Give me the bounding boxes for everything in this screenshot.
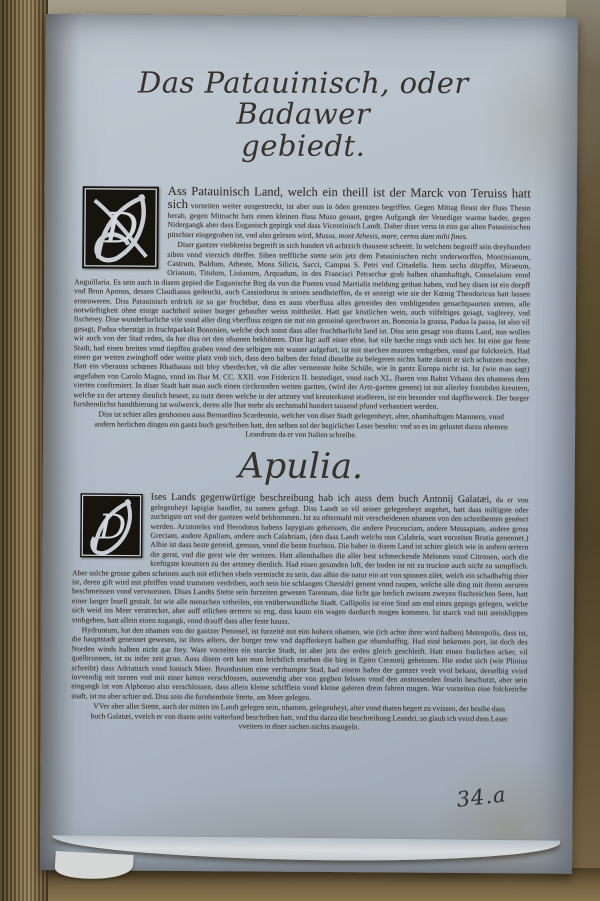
initial-letter: D: [103, 203, 138, 252]
closing-paragraph: VVer aber aller Stette, auch der mitten …: [89, 702, 509, 733]
book-page: Das Patauinisch, oder Badawer gebiedt. D…: [40, 14, 578, 874]
chapter-heading: Das Patauinisch, oder Badawer gebiedt.: [75, 67, 531, 162]
woodcut-initial-art: D: [82, 186, 159, 269]
chapter-heading-line2: gebiedt.: [75, 130, 531, 162]
woodcut-initial-icon: D: [80, 493, 142, 557]
latin-verse: Musus, mont Athesis, mare, certos dant m…: [313, 231, 467, 241]
initial-letter: D: [98, 507, 127, 547]
woodcut-initial-art: D: [80, 493, 142, 557]
section-apulia: D Ises Lands gegenwürtige beschreibung h…: [71, 491, 529, 733]
book-photograph: Das Patauinisch, oder Badawer gebiedt. D…: [0, 0, 600, 901]
apulia-heading: Apulia.: [73, 448, 529, 486]
woodcut-initial-icon: D: [82, 186, 159, 269]
chapter-heading-line1: Das Patauinisch, oder Badawer: [75, 67, 531, 130]
closing-paragraph: Diss ist schier alles genhomen auss Bern…: [91, 410, 511, 441]
section-patauinisch: D Ass Patauinisch Land, welch ein theill…: [73, 184, 531, 441]
handwritten-page-number: 34.a: [455, 782, 507, 812]
gutter-shadow: [40, 14, 80, 870]
body-paragraph: Hydruntum, hat den nhamen von der gantze…: [71, 625, 528, 703]
